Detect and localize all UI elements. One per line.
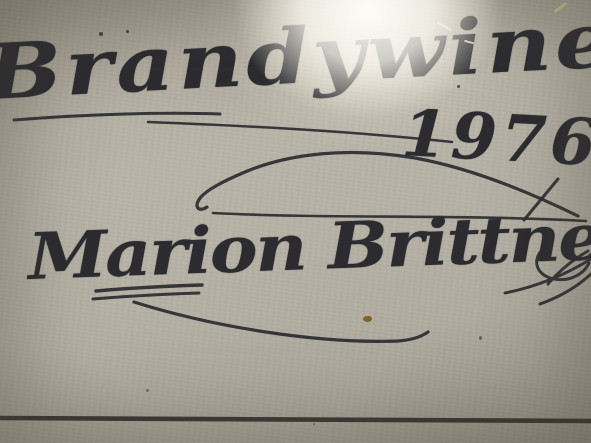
signature-double-underline-bottom — [93, 293, 199, 299]
ink-speck — [99, 32, 103, 36]
title-underline — [14, 113, 220, 120]
inscription-year: 1976 — [400, 96, 591, 181]
ink-speck — [126, 30, 129, 33]
ink-speck — [146, 389, 149, 392]
ink-speck — [479, 336, 482, 340]
photo-of-handwritten-inscription: Brandywine Ri 1976 Marion Brittner — [0, 0, 591, 443]
dirt-speck — [363, 316, 372, 322]
signature-sweep-underline — [134, 302, 428, 341]
bottom-rule-line — [0, 418, 591, 421]
inscription-year-text: 1976 — [400, 96, 591, 181]
ink-speck — [457, 85, 460, 88]
ink-speck — [313, 423, 315, 425]
